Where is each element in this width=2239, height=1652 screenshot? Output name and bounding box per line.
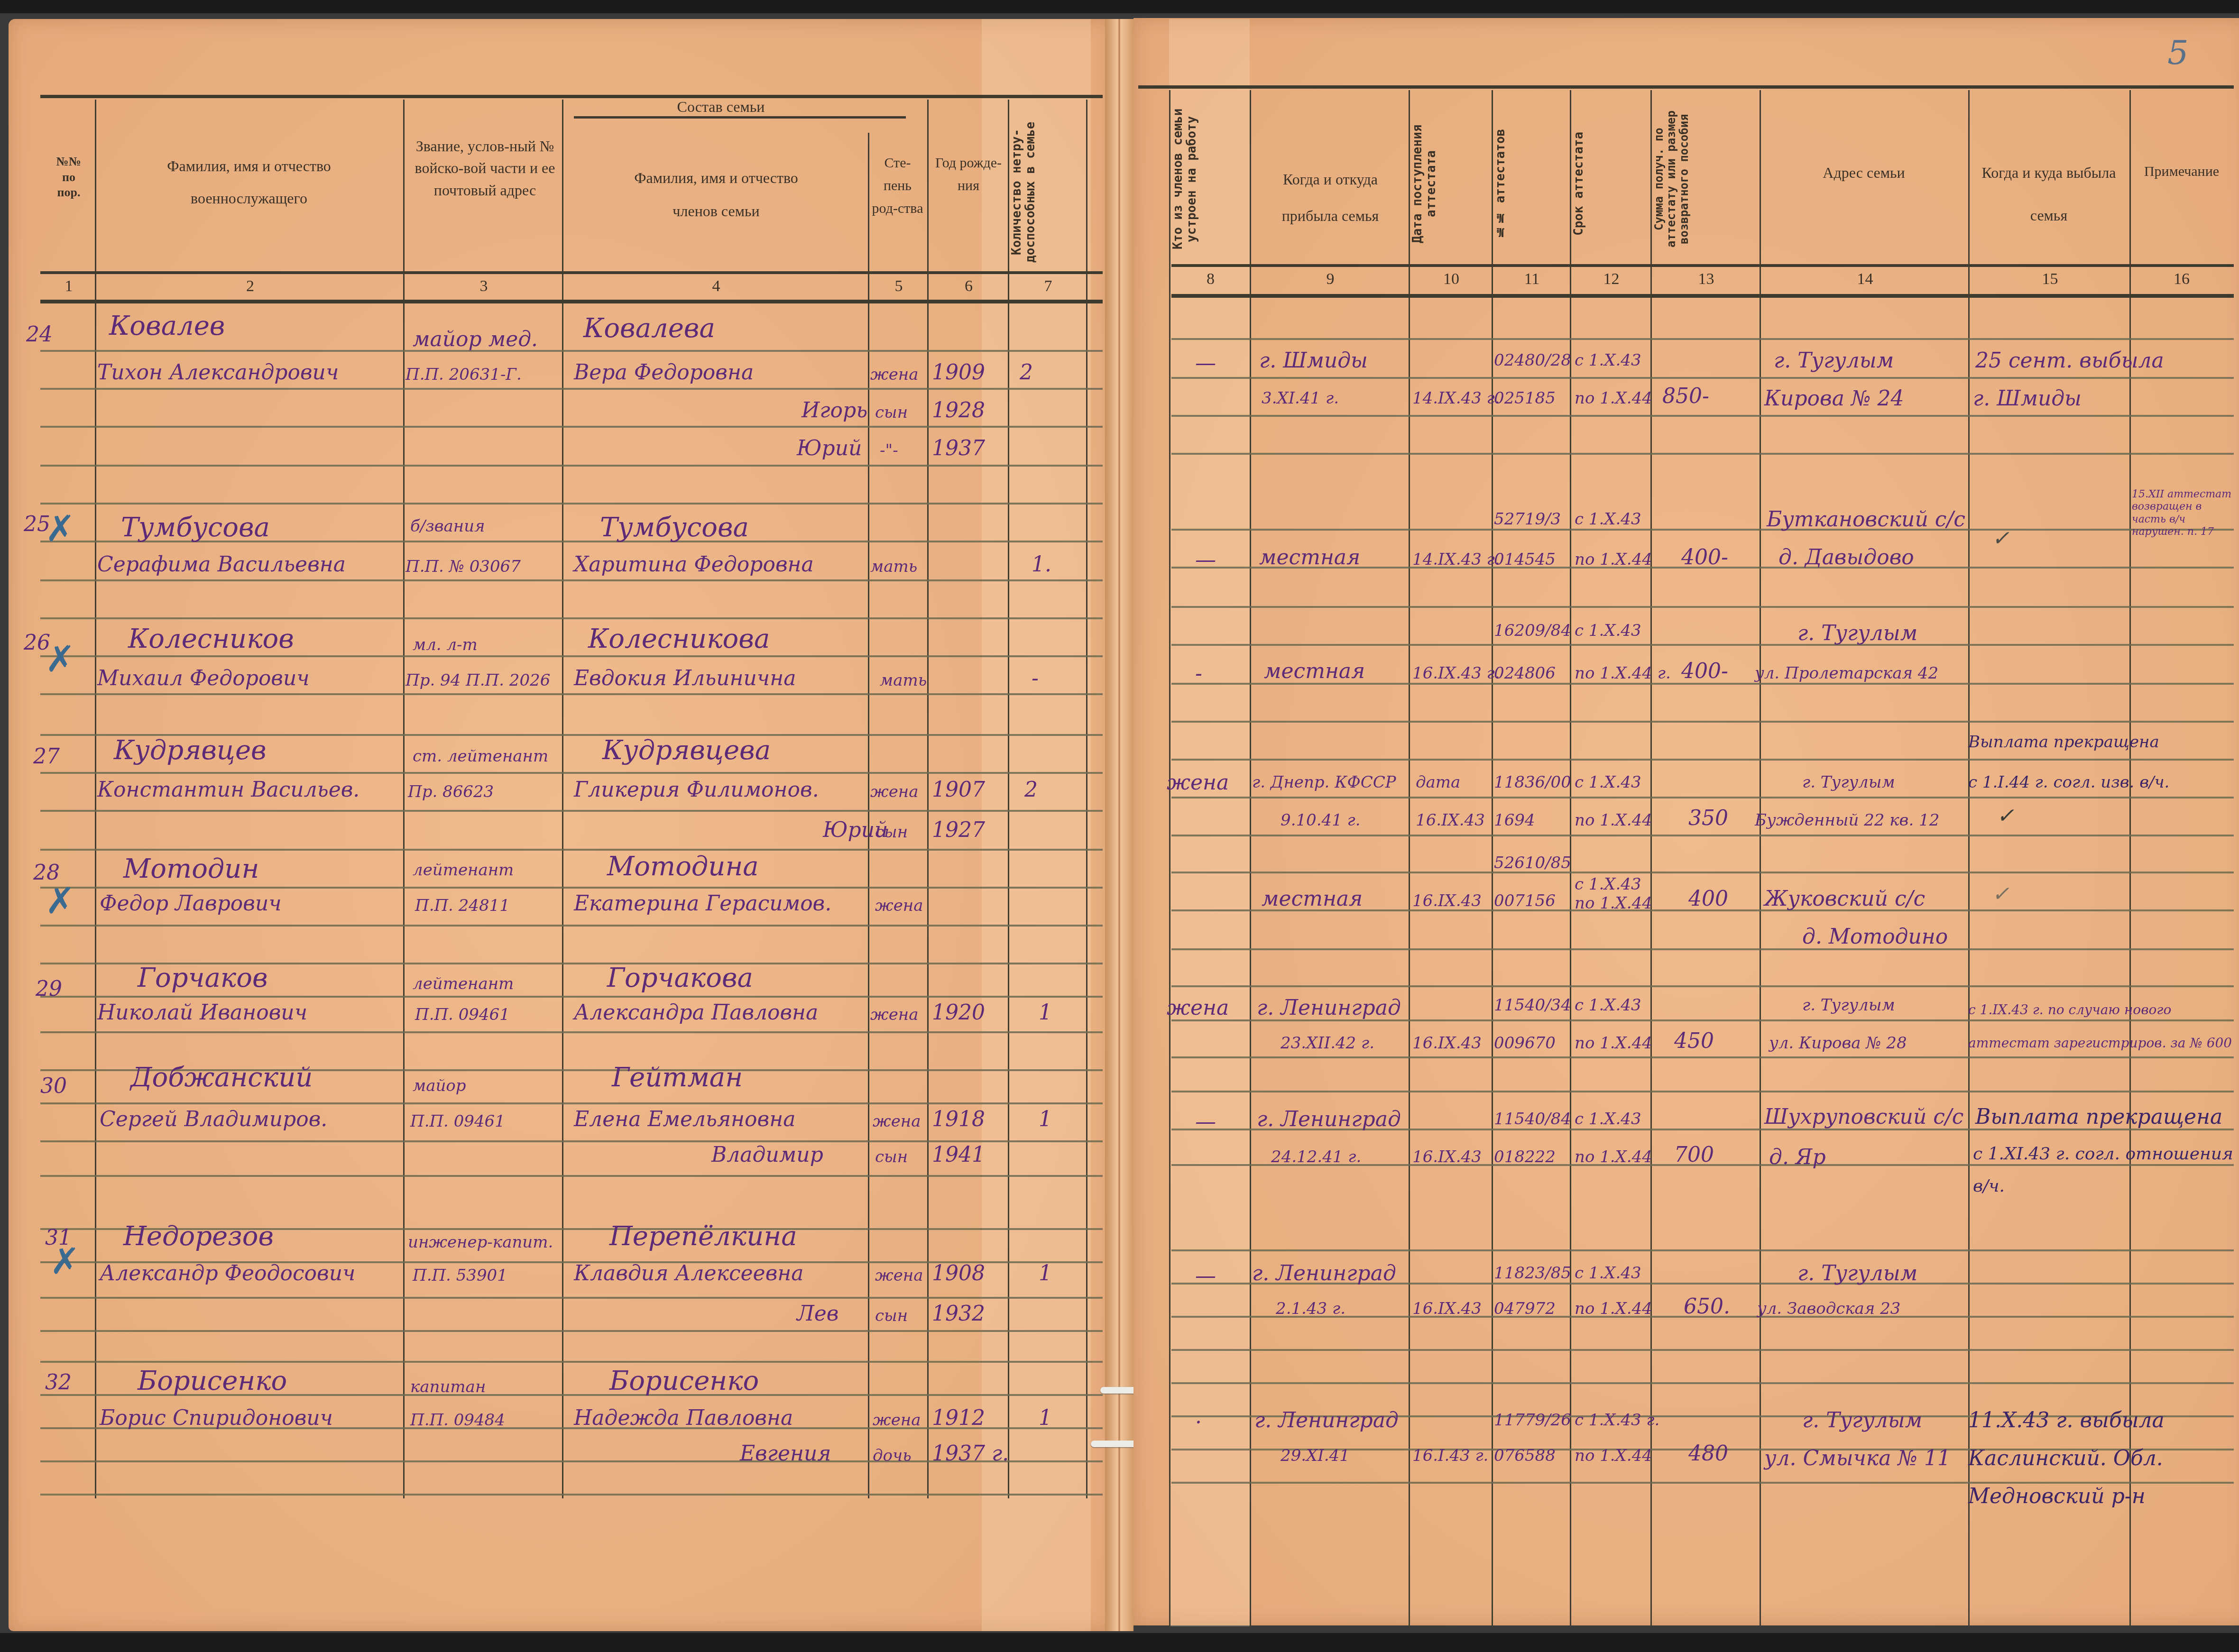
servicemember-name: Борис Спиридонович [100, 1406, 333, 1430]
row-rule [40, 996, 1103, 998]
birth-year: 1918 [932, 1107, 985, 1131]
cert-term-to: по 1.X.44 [1575, 550, 1652, 569]
family-member-name: Клавдия Алексеевна [574, 1261, 803, 1285]
family-member-name: Елена Емельяновна [574, 1107, 795, 1131]
cert-received-date: 14.IX.43 г. [1412, 389, 1500, 408]
row-rule [40, 887, 1103, 889]
disabled-count: 1 [1039, 1261, 1052, 1285]
col5-header: Сте-пень род-ства [870, 152, 925, 220]
employed-member: жена [1167, 996, 1229, 1020]
check-mark-icon: ✗ [45, 638, 75, 680]
row-rule [1171, 1349, 2234, 1351]
row-rule [1171, 338, 2234, 340]
cert-number: 024806 [1494, 664, 1556, 683]
col8-header: Кто из членов семьи устроен на работу [1171, 95, 1247, 263]
servicemember-name: Сергей Владимиров. [100, 1107, 327, 1131]
family-address: д. Мотодино [1802, 925, 1948, 949]
col3-header: Звание, услов-ный № войско-вой части и е… [410, 135, 560, 201]
column-number-rule [40, 300, 1103, 303]
servicemember-surname: Борисенко [138, 1366, 287, 1396]
cert-number: 02480/28 [1494, 351, 1571, 370]
col9-header: Когда и откуда прибыла семья [1254, 161, 1406, 234]
relation: сын [875, 1306, 908, 1325]
col-number: 5 [870, 277, 927, 295]
row-rule [1171, 377, 2234, 379]
arrived-from: г. Днепр. КФССР [1252, 773, 1396, 792]
cert-term-to: по 1.X.44 [1575, 1299, 1652, 1318]
relation: жена [875, 1266, 923, 1285]
check-mark-icon: ✗ [45, 507, 75, 550]
cert-term-to: по 1.X.44 [1575, 894, 1652, 913]
cert-term-from: с 1.X.43 [1575, 773, 1641, 792]
row-rule [40, 426, 1103, 428]
servicemember-surname: Ковалев [109, 311, 225, 341]
row-rule [1171, 415, 2234, 417]
arrived-from: г. Ленинград [1254, 1408, 1399, 1432]
relation: мать [880, 671, 927, 690]
row-rule [40, 810, 1103, 812]
family-address: д. Яр [1769, 1145, 1826, 1169]
cert-number: 018222 [1494, 1147, 1556, 1166]
arrived-from: местная [1259, 545, 1360, 569]
family-address: г. Тугулым [1802, 1408, 1922, 1432]
row-rule [1171, 985, 2234, 987]
servicemember-surname: Добжанский [130, 1062, 313, 1093]
cert-term-to: по 1.X.44 г. [1575, 664, 1671, 683]
cert-term-from: с 1.X.43 [1575, 621, 1641, 640]
col4-header-line: Фамилия, имя и отчество [567, 168, 866, 187]
family-address: ул. Смычка № 11 [1764, 1446, 1951, 1470]
row-rule [40, 1297, 1103, 1299]
cert-number: 52719/3 [1494, 510, 1561, 529]
disabled-count: 1 [1039, 1107, 1052, 1131]
rank: лейтенант [413, 861, 514, 880]
col-divider [1169, 90, 1170, 1626]
servicemember-name: Николай Иванович [97, 1000, 307, 1025]
family-surname: Колесникова [588, 624, 770, 654]
departure-info: 11.X.43 г. выбыла [1968, 1408, 2165, 1432]
cert-term-to: по 1.X.44 [1575, 811, 1652, 830]
cert-term-from: с 1.X.43 [1575, 510, 1641, 529]
servicemember-surname: Кудрявцев [114, 735, 267, 766]
row-rule [40, 388, 1103, 390]
arrived-date: 29.XI.41 [1281, 1446, 1350, 1465]
relation: жена [870, 1005, 918, 1024]
col-divider [562, 100, 563, 1498]
arrived-from: местная [1262, 887, 1363, 911]
amount: 400- [1681, 545, 1728, 569]
servicemember-name: Серафима Васильевна [97, 552, 346, 577]
family-address: д. Давыдово [1778, 545, 1914, 569]
rank: майор [413, 1076, 466, 1095]
cert-number: 1694 [1494, 811, 1535, 830]
row-rule [1171, 529, 2234, 531]
relation: жена [873, 1112, 921, 1131]
servicemember-surname: Мотодин [123, 854, 259, 884]
row-rule [40, 772, 1103, 774]
col-number: 11 [1494, 270, 1570, 288]
birth-year: 1907 [932, 778, 985, 802]
row-rule [40, 617, 1103, 619]
col-number: 12 [1572, 270, 1650, 288]
arrived-from: г. Ленинград [1257, 996, 1401, 1020]
cert-number: 11540/34 [1494, 996, 1571, 1015]
cert-received-date: 16.IX.43 [1412, 1147, 1482, 1166]
rank: мл. л-т [413, 635, 478, 654]
family-address: г. Тугулым [1774, 349, 1894, 373]
cert-number: 11540/84 [1494, 1110, 1571, 1129]
header-bottom-rule [40, 271, 1103, 274]
cert-term-from: с 1.X.43 г. [1575, 1411, 1659, 1430]
family-member-name: Харитина Федоровна [574, 552, 814, 577]
col15-header: Когда и куда выбыла семья [1973, 152, 2125, 237]
row-rule [1171, 872, 2234, 873]
arrived-from: г. Ленинград [1252, 1261, 1396, 1285]
col-divider [1409, 90, 1410, 1626]
family-member-name: Юрий [797, 436, 862, 460]
family-address: ул. Заводская 23 [1757, 1299, 1900, 1318]
relation: дочь [873, 1446, 912, 1465]
birth-year: 1927 [932, 818, 985, 842]
amount: 350 [1688, 806, 1728, 830]
birth-year: 1937 г. [932, 1441, 1009, 1466]
servicemember-name: Тихон Александрович [97, 360, 339, 385]
family-surname: Борисенко [609, 1366, 759, 1396]
record-number: 27 [33, 744, 60, 769]
check-mark-icon: ✓ [1997, 804, 2014, 828]
servicemember-surname: Тумбусова [121, 512, 270, 543]
disabled-count: - [1032, 666, 1039, 690]
cert-term-from: с 1.X.43 [1575, 351, 1641, 370]
servicemember-name: Федор Лаврович [100, 891, 282, 916]
col1-header-line: пор. [43, 185, 95, 201]
relation: мать [870, 557, 917, 576]
birth-year: 1932 [932, 1302, 985, 1326]
rank: ст. лейтенант [413, 747, 548, 766]
family-address: Кирова № 24 [1764, 386, 1904, 411]
disabled-count: 2 [1020, 360, 1033, 385]
row-rule [1171, 1249, 2234, 1251]
row-rule [1171, 835, 2234, 836]
col-divider [2129, 90, 2131, 1626]
cert-number: 11779/26 [1494, 1411, 1571, 1430]
record-number: 32 [45, 1370, 72, 1395]
family-member-name: Александра Павловна [574, 1000, 818, 1025]
family-member-name: Владимир [711, 1143, 823, 1167]
cert-received-date: 14.IX.43 г. [1412, 550, 1500, 569]
col-number: 15 [1971, 270, 2129, 288]
family-member-name: Гликерия Филимонов. [574, 778, 819, 802]
cert-number: 11823/85 [1494, 1264, 1571, 1283]
birth-year: 1937 [932, 436, 985, 460]
col-number: 16 [2132, 270, 2231, 288]
birth-year: 1920 [932, 1000, 985, 1025]
family-member-name: Вера Федоровна [574, 360, 754, 385]
amount: 450 [1674, 1029, 1714, 1053]
row-rule [1171, 1091, 2234, 1092]
unit-address: П.П. 24811 [415, 896, 510, 915]
col-number: 8 [1171, 270, 1250, 288]
servicemember-name: Михаил Федорович [97, 666, 310, 690]
row-rule [40, 1361, 1103, 1363]
row-rule [1171, 606, 2234, 608]
family-member-name: Лев [797, 1302, 838, 1326]
col-divider [868, 133, 869, 1498]
col-divider [1250, 90, 1251, 1626]
employed-member: — [1195, 1264, 1216, 1288]
family-member-name: Екатерина Герасимов. [574, 891, 831, 916]
cert-number: 009670 [1494, 1034, 1556, 1053]
birth-year: 1912 [932, 1406, 985, 1430]
servicemember-name: Константин Васильев. [97, 778, 359, 802]
rank: б/звания [410, 517, 485, 536]
arrived-date: 24.12.41 г. [1271, 1147, 1361, 1166]
row-rule [1171, 644, 2234, 646]
relation: сын [875, 403, 908, 422]
departure-info: Каслинский. Обл. [1968, 1446, 2163, 1470]
rank: лейтенант [413, 974, 514, 993]
family-surname: Перепёлкина [609, 1221, 797, 1252]
row-rule [40, 465, 1103, 467]
amount: 400- [1681, 659, 1728, 683]
row-rule [40, 1330, 1103, 1332]
birth-year: 1909 [932, 360, 985, 385]
family-address: ул. Кирова № 28 [1769, 1034, 1907, 1053]
departure-info-line: с 1.IX.43 г. по случаю нового [1968, 1002, 2171, 1018]
cert-number: 076588 [1494, 1446, 1556, 1465]
header-top-rule [1138, 85, 2234, 89]
col-number: 1 [43, 277, 95, 295]
check-mark-icon: ✗ [45, 880, 75, 922]
col-number: 3 [405, 277, 562, 295]
col2-header: Фамилия, имя и отчество военнослужащего [97, 156, 401, 208]
cert-number: 16209/84 [1494, 621, 1571, 640]
arrived-date: 23.XII.42 г. [1281, 1034, 1374, 1053]
col13-header: Сумма получ. по аттестату или размер воз… [1653, 95, 1757, 263]
row-rule [40, 1175, 1103, 1177]
unit-address: П.П. 20631-Г. [405, 365, 522, 384]
family-address: Буткановский с/с [1767, 507, 1965, 532]
cert-received-date: 16.IX.43 [1412, 891, 1482, 910]
family-surname: Кудрявцева [602, 735, 771, 766]
family-surname: Тумбусова [600, 512, 749, 543]
row-rule [40, 849, 1103, 851]
col-divider [403, 100, 405, 1498]
row-rule [40, 1140, 1103, 1142]
row-rule [1171, 1482, 2234, 1484]
cert-term-from: с 1.X.43 [1575, 875, 1641, 894]
arrived-date: 3.XI.41 г. [1262, 389, 1339, 408]
family-address: г. Тугулым [1802, 996, 1895, 1015]
cert-term-to: по 1.X.44 [1575, 1034, 1652, 1053]
cert-number: 007156 [1494, 891, 1556, 910]
relation: жена [873, 1411, 921, 1430]
col4-header-line: членов семьи [567, 202, 866, 220]
col-number: 6 [930, 277, 1008, 295]
cert-number: 025185 [1494, 389, 1556, 408]
relation: жена [870, 365, 918, 384]
cert-number: 52610/85 [1494, 854, 1571, 872]
unit-address: П.П. 09461 [410, 1112, 505, 1131]
col11-header: №№ аттестатов [1494, 104, 1567, 263]
cert-number: 047972 [1494, 1299, 1556, 1318]
employed-member: · [1195, 1411, 1202, 1435]
col-divider [95, 100, 96, 1498]
col4-header: Фамилия, имя и отчество членов семьи [567, 168, 866, 220]
check-mark-icon: ✗ [50, 1240, 80, 1282]
col-number: 4 [564, 277, 868, 295]
amount: 850- [1662, 384, 1709, 408]
departure-info: Выплата прекращена [1968, 733, 2159, 752]
employed-member: жена [1167, 771, 1229, 795]
family-member-name: Надежда Павловна [574, 1406, 793, 1430]
relation: сын [875, 1147, 908, 1166]
unit-address: П.П. 09461 [415, 1005, 510, 1024]
rank: инженер-капит. [408, 1233, 553, 1252]
cert-received-label: дата [1416, 773, 1460, 792]
col-number: 14 [1762, 270, 1968, 288]
ledger-scan: Состав семьи №№ по пор. Фамилия, имя и о… [0, 0, 2239, 1652]
cert-number: 11836/00 [1494, 773, 1571, 792]
col-divider [1492, 90, 1493, 1626]
row-rule [1171, 948, 2234, 950]
note: 15.XII аттестат возвращен в часть в/ч на… [2132, 488, 2234, 539]
col10-header: Дата поступления аттестата [1411, 104, 1489, 263]
relation: жена [875, 896, 923, 915]
servicemember-surname: Горчаков [138, 963, 268, 993]
unit-address: П.П. № 03067 [405, 557, 521, 576]
col-number: 9 [1252, 270, 1409, 288]
arrived-date: 2.1.43 г. [1276, 1299, 1345, 1318]
unit-address: Пр. 86623 [408, 782, 494, 801]
amount: 700 [1674, 1143, 1714, 1167]
column-number-rule [1171, 294, 2234, 298]
row-rule [40, 1494, 1103, 1496]
unit-address: П.П. 53901 [413, 1266, 507, 1285]
family-address: г. Тугулым [1802, 773, 1895, 792]
relation: -"- [880, 441, 898, 460]
col-divider [1760, 90, 1761, 1626]
unit-address: П.П. 09484 [410, 1411, 505, 1430]
family-member-name: Игорь [802, 398, 867, 422]
group-header: Состав семьи [569, 97, 873, 116]
departure-info-line: аттестат зарегистриров. за № 600 [1968, 1035, 2232, 1051]
cert-term-from: с 1.X.43 [1575, 1110, 1641, 1129]
arrived-from: г. Шмиды [1259, 349, 1368, 373]
disabled-count: 1. [1032, 552, 1051, 577]
family-surname: Ковалева [583, 313, 715, 344]
col-number: 10 [1411, 270, 1492, 288]
servicemember-surname: Недорезов [123, 1221, 274, 1252]
relation: сын [875, 823, 908, 842]
header-bottom-rule [1171, 264, 2234, 267]
row-rule [40, 503, 1103, 505]
cert-number: 014545 [1494, 550, 1556, 569]
family-address: г. Тугулым [1797, 621, 1917, 645]
employed-member: — [1195, 548, 1216, 572]
arrived-from: местная [1264, 659, 1365, 683]
col-divider [1086, 100, 1087, 1498]
family-address: Шухруповский с/с [1764, 1105, 1963, 1129]
col-divider [1968, 90, 1970, 1626]
disabled-count: 1 [1039, 1000, 1052, 1025]
cert-term-from: с 1.X.43 [1575, 1264, 1641, 1283]
col2-header-line: военнослужащего [97, 189, 401, 208]
arrived-from: г. Ленинград [1257, 1107, 1401, 1131]
row-rule [40, 579, 1103, 581]
cert-received-date: 16.IX.43 г. [1412, 664, 1500, 683]
cert-term-from: с 1.X.43 [1575, 996, 1641, 1015]
col-number: 2 [97, 277, 403, 295]
relation: жена [870, 782, 918, 801]
servicemember-name: Александр Феодосович [100, 1261, 355, 1285]
amount: 480 [1688, 1441, 1728, 1466]
row-rule [40, 693, 1103, 695]
family-surname: Горчакова [607, 963, 753, 993]
col2-header-line: Фамилия, имя и отчество [97, 156, 401, 175]
col12-header: Срок аттестата [1572, 104, 1648, 263]
col1-header-line: по [43, 170, 95, 185]
col7-header: Количество нетру-доспособных в семье [1010, 116, 1081, 268]
col6-header: Год рожде-ния [931, 152, 1006, 197]
servicemember-surname: Колесников [128, 624, 294, 654]
family-member-name: Евдокия Ильинична [574, 666, 796, 690]
row-rule [1171, 453, 2234, 455]
disabled-count: 2 [1024, 778, 1038, 802]
departure-info: с 1.I.44 г. согл. изв. в/ч. [1968, 773, 2169, 792]
arrived-date: 9.10.41 г. [1281, 811, 1361, 830]
cert-received-date: 16.I.43 г. [1412, 1446, 1488, 1465]
birth-year: 1928 [932, 398, 985, 422]
row-rule [40, 1102, 1103, 1104]
rank: майор мед. [413, 327, 538, 351]
amount: 650. [1684, 1294, 1730, 1319]
cert-term-to: по 1.X.44 [1575, 1147, 1652, 1166]
birth-year: 1941 [932, 1143, 985, 1167]
departure-info: Медновский р-н [1968, 1484, 2146, 1508]
row-rule [1171, 1382, 2234, 1384]
record-number: 24 [26, 322, 53, 347]
departure-info: с 1.XI.43 г. согл. отношения в/ч. [1973, 1138, 2234, 1203]
cert-received-date: 16.IX.43 [1412, 1299, 1482, 1318]
row-rule [40, 655, 1103, 657]
rank: капитан [410, 1377, 486, 1396]
col-number: 7 [1010, 277, 1086, 295]
col-divider [927, 100, 929, 1498]
family-member-name: Евгения [740, 1441, 831, 1466]
departure-info: г. Шмиды [1973, 386, 2082, 411]
disabled-count: 1 [1039, 1406, 1052, 1430]
cert-term-to: по 1.X.44 [1575, 1446, 1652, 1465]
col-divider [1650, 90, 1652, 1626]
row-rule [40, 925, 1103, 927]
departure-info: Выплата прекращена [1975, 1105, 2222, 1129]
employed-member: - [1195, 661, 1202, 686]
col-divider [1008, 100, 1009, 1498]
family-surname: Гейтман [612, 1062, 743, 1093]
col16-header: Примечание [2132, 152, 2231, 192]
birth-year: 1908 [932, 1261, 985, 1285]
family-address: г. Тугулым [1797, 1261, 1917, 1285]
departure-info: с 1.IX.43 г. по случаю нового аттестат з… [1968, 993, 2234, 1060]
departure-info: 25 сент. выбыла [1975, 349, 2164, 373]
row-rule [1171, 721, 2234, 723]
family-address: Бужденный 22 кв. 12 [1755, 811, 1939, 830]
row-rule [1171, 759, 2234, 761]
employed-member: — [1195, 1110, 1216, 1134]
unit-address: Пр. 94 П.П. 2026 [405, 671, 550, 690]
amount: 400 [1688, 887, 1728, 911]
